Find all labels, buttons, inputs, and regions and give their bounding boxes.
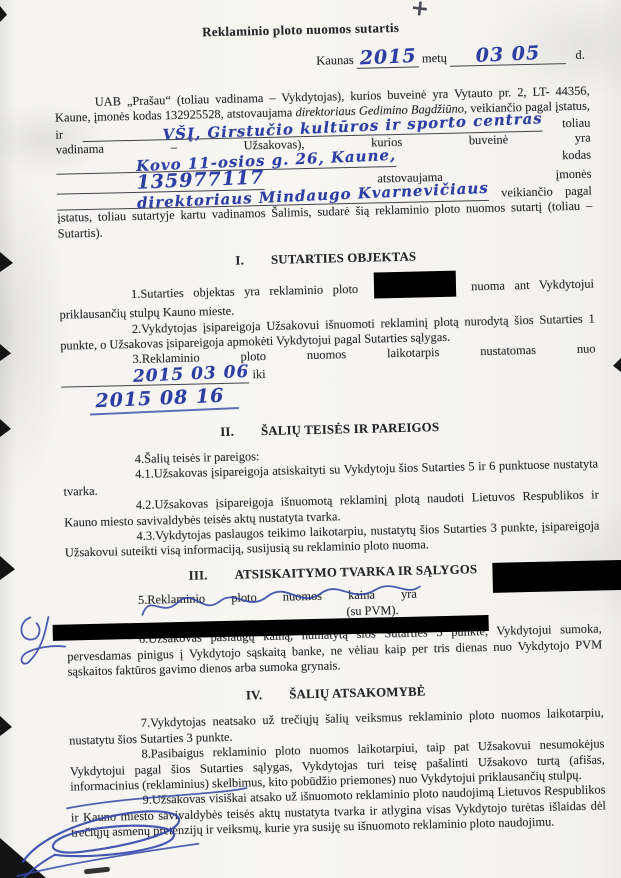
redaction-bar-object xyxy=(373,271,456,299)
handwritten-year: 2015 xyxy=(359,47,417,68)
section-4-number: IV. xyxy=(246,688,263,702)
handwritten-margin-scribble xyxy=(12,610,71,667)
clause-1-text: Sutarties objektas yra reklaminio ploto xyxy=(140,282,358,301)
payment-clauses: 5.Reklaminio ploto nuomos kaina yra (su … xyxy=(66,582,603,680)
section-3-title: ATSISKAITYMO TVARKA IR SĄLYGOS xyxy=(234,562,477,582)
handwritten-amount-scribble xyxy=(136,578,427,625)
intro-text: kodas xyxy=(562,147,591,162)
clause-4-number: 4. xyxy=(99,452,145,468)
day-label: d. xyxy=(575,48,585,62)
intro-paragraph: UAB „Prašau“ (toliau vadinama – Vykdytoj… xyxy=(55,84,593,242)
metu-label: metų xyxy=(422,51,447,66)
section-1-heading: I.SUTARTIES OBJEKTAS xyxy=(58,246,593,273)
document-title: Reklaminio ploto nuomos sutartis xyxy=(53,16,548,43)
section-1-title: SUTARTIES OBJEKTAS xyxy=(271,250,417,267)
section-4-heading: IV.ŠALIŲ ATSAKOMYBĖ xyxy=(68,681,603,708)
redaction-bar-amount xyxy=(492,560,621,593)
city-label: Kaunas xyxy=(316,53,354,68)
section-1-number: I. xyxy=(235,254,244,268)
scanned-contract-page: + Reklaminio ploto nuomos sutartis Kauna… xyxy=(0,0,621,878)
clause-4-2-number: 4.2. xyxy=(100,498,155,515)
section-2-heading: II.ŠALIŲ TEISĖS IR PAREIGOS xyxy=(62,416,597,443)
clause-2-number: 2. xyxy=(96,321,142,337)
pen-plus-mark: + xyxy=(409,0,430,22)
clause-4-1-number: 4.1. xyxy=(99,467,154,484)
clause-1-number: 1. xyxy=(95,287,141,303)
handwritten-period-to: 2015 08 16 xyxy=(89,384,239,415)
handwritten-month-day: 03 05 xyxy=(475,44,540,66)
date-line: Kaunas 2015 metų 03 05 d. xyxy=(54,44,585,76)
section-3-number: III. xyxy=(189,568,208,582)
clause-4-3-number: 4.3. xyxy=(100,528,155,545)
contract-content: + Reklaminio ploto nuomos sutartis Kauna… xyxy=(0,0,621,843)
signature-scribble xyxy=(9,786,262,878)
section-2-number: II. xyxy=(220,425,234,439)
section-2-title: ŠALIŲ TEISĖS IR PAREIGOS xyxy=(261,420,439,438)
clause-3-until-label: iki xyxy=(252,367,265,381)
clause-7-number: 7. xyxy=(105,716,151,732)
section-4-title: ŠALIŲ ATSAKOMYBĖ xyxy=(289,685,426,702)
clause-8-number: 8. xyxy=(105,747,151,763)
clause-4-text: Šalių teisės ir pareigos: xyxy=(144,449,260,466)
